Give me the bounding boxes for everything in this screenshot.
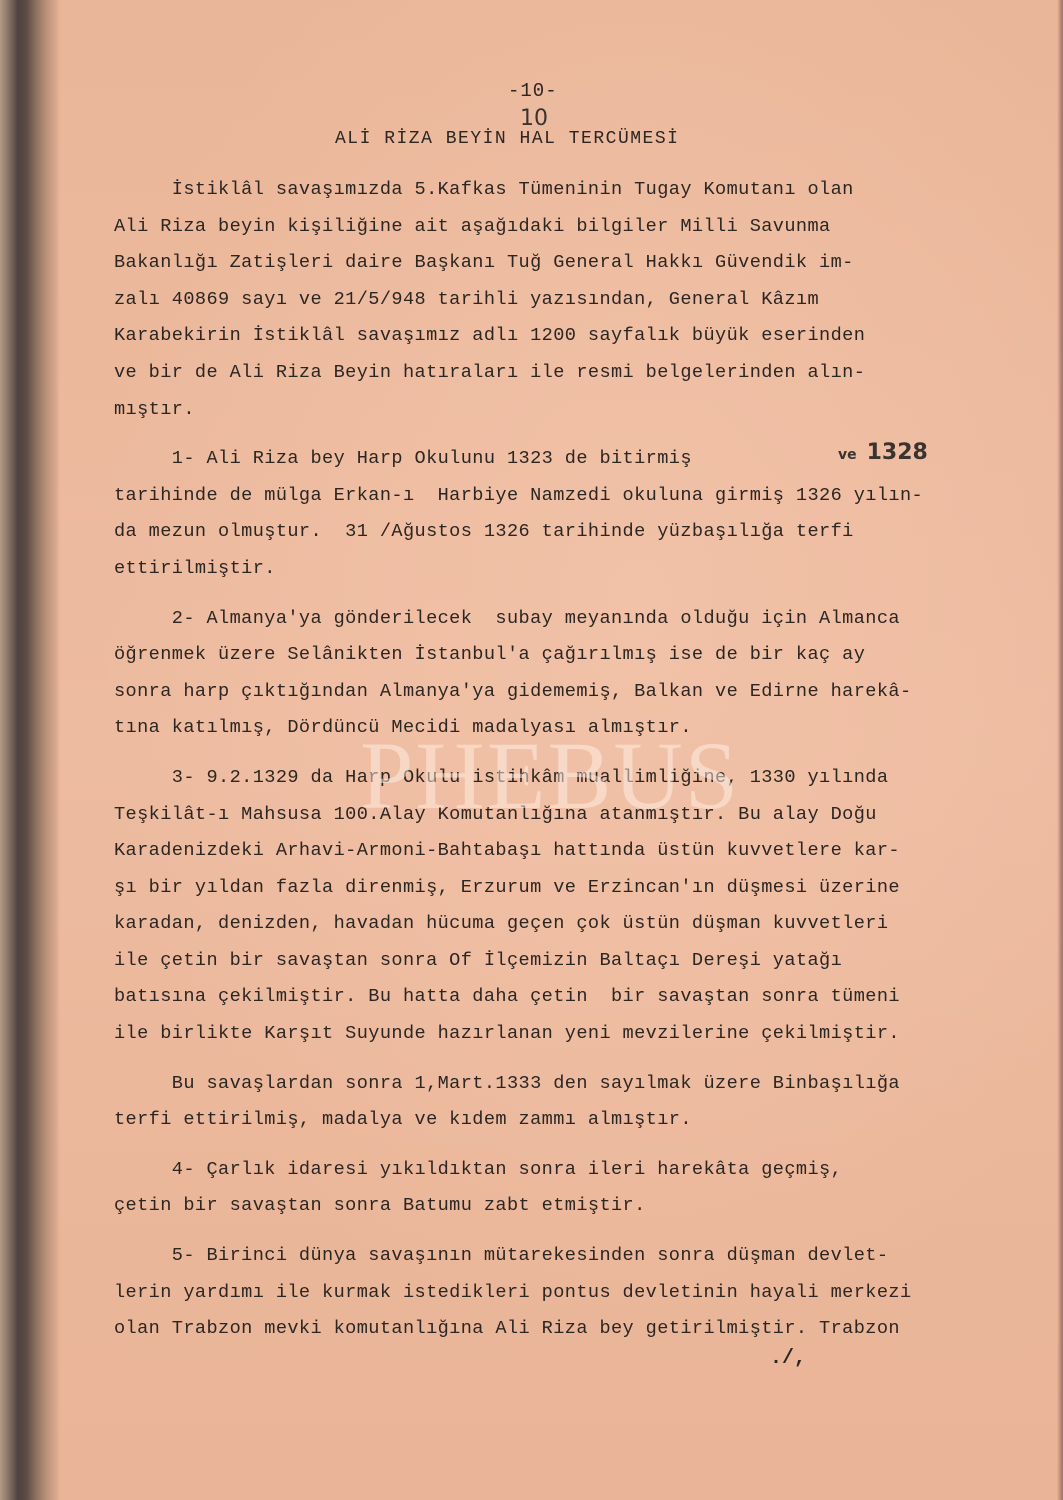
text-line: karadan, denizden, havadan hücuma geçen … (114, 906, 984, 943)
text-line: da mezun olmuştur. 31 /Ağustos 1326 tari… (114, 514, 984, 551)
text-line: 4- Çarlık idaresi yıkıldıktan sonra iler… (114, 1152, 984, 1189)
text-line: ile birlikte Karşıt Suyunde hazırlanan y… (114, 1016, 984, 1053)
text-line: İstiklâl savaşımızda 5.Kafkas Tümeninin … (114, 172, 984, 209)
paragraph: 2- Almanya'ya gönderilecek subay meyanın… (114, 601, 984, 747)
text-line: 2- Almanya'ya gönderilecek subay meyanın… (114, 601, 984, 638)
page-right-edge (1057, 0, 1063, 1500)
paragraph: 4- Çarlık idaresi yıkıldıktan sonra iler… (114, 1152, 984, 1225)
text-line: sonra harp çıktığından Almanya'ya gideme… (114, 674, 984, 711)
text-line: ve bir de Ali Riza Beyin hatıraları ile … (114, 355, 984, 392)
text-line: lerin yardımı ile kurmak istedikleri pon… (114, 1275, 984, 1312)
text-line: Bu savaşlardan sonra 1,Mart.1333 den say… (114, 1066, 984, 1103)
document-body: İstiklâl savaşımızda 5.Kafkas Tümeninin … (114, 172, 984, 1361)
text-line: çetin bir savaştan sonra Batumu zabt etm… (114, 1188, 984, 1225)
text-line: ettirilmiştir. (114, 551, 984, 588)
text-line: batısına çekilmiştir. Bu hatta daha çeti… (114, 979, 984, 1016)
paragraph: Bu savaşlardan sonra 1,Mart.1333 den say… (114, 1066, 984, 1139)
paragraph: 3- 9.2.1329 da Harp Okulu istihkâm muall… (114, 760, 984, 1053)
text-line: 3- 9.2.1329 da Harp Okulu istihkâm muall… (114, 760, 984, 797)
handwritten-page-number: 10 (520, 106, 548, 131)
text-line: Karabekirin İstiklâl savaşımız adlı 1200… (114, 318, 984, 355)
text-line: Ali Riza beyin kişiliğine ait aşağıdaki … (114, 209, 984, 246)
page-number: -10- (508, 80, 558, 102)
text-line: zalı 40869 sayı ve 21/5/948 tarihli yazı… (114, 282, 984, 319)
text-line: öğrenmek üzere Selânikten İstanbul'a çağ… (114, 637, 984, 674)
text-line: Bakanlığı Zatişleri daire Başkanı Tuğ Ge… (114, 245, 984, 282)
text-line: mıştır. (114, 392, 984, 429)
paragraph: 5- Birinci dünya savaşının mütarekesinde… (114, 1238, 984, 1348)
text-line: 5- Birinci dünya savaşının mütarekesinde… (114, 1238, 984, 1275)
text-line: şı bir yıldan fazla direnmiş, Erzurum ve… (114, 870, 984, 907)
text-line: terfi ettirilmiş, madalya ve kıdem zammı… (114, 1102, 984, 1139)
text-line: tarihinde de mülga Erkan-ı Harbiye Namze… (114, 478, 984, 515)
text-line: olan Trabzon mevki komutanlığına Ali Riz… (114, 1311, 984, 1348)
text-line: Teşkilât-ı Mahsusa 100.Alay Komutanlığın… (114, 797, 984, 834)
document-page: -10- 10 ALİ RİZA BEYİN HAL TERCÜMESİ ve1… (0, 0, 1063, 1500)
continuation-mark: ./, (770, 1347, 806, 1370)
page-binding-shadow (0, 0, 60, 1500)
text-line: ile çetin bir savaştan sonra Of İlçemizi… (114, 943, 984, 980)
paragraph: 1- Ali Riza bey Harp Okulunu 1323 de bit… (114, 441, 984, 587)
text-line: 1- Ali Riza bey Harp Okulunu 1323 de bit… (114, 441, 984, 478)
text-line: Karadenizdeki Arhavi-Armoni-Bahtabaşı ha… (114, 833, 984, 870)
paragraph: İstiklâl savaşımızda 5.Kafkas Tümeninin … (114, 172, 984, 428)
text-line: tına katılmış, Dördüncü Mecidi madalyası… (114, 710, 984, 747)
document-title: ALİ RİZA BEYİN HAL TERCÜMESİ (335, 129, 679, 149)
